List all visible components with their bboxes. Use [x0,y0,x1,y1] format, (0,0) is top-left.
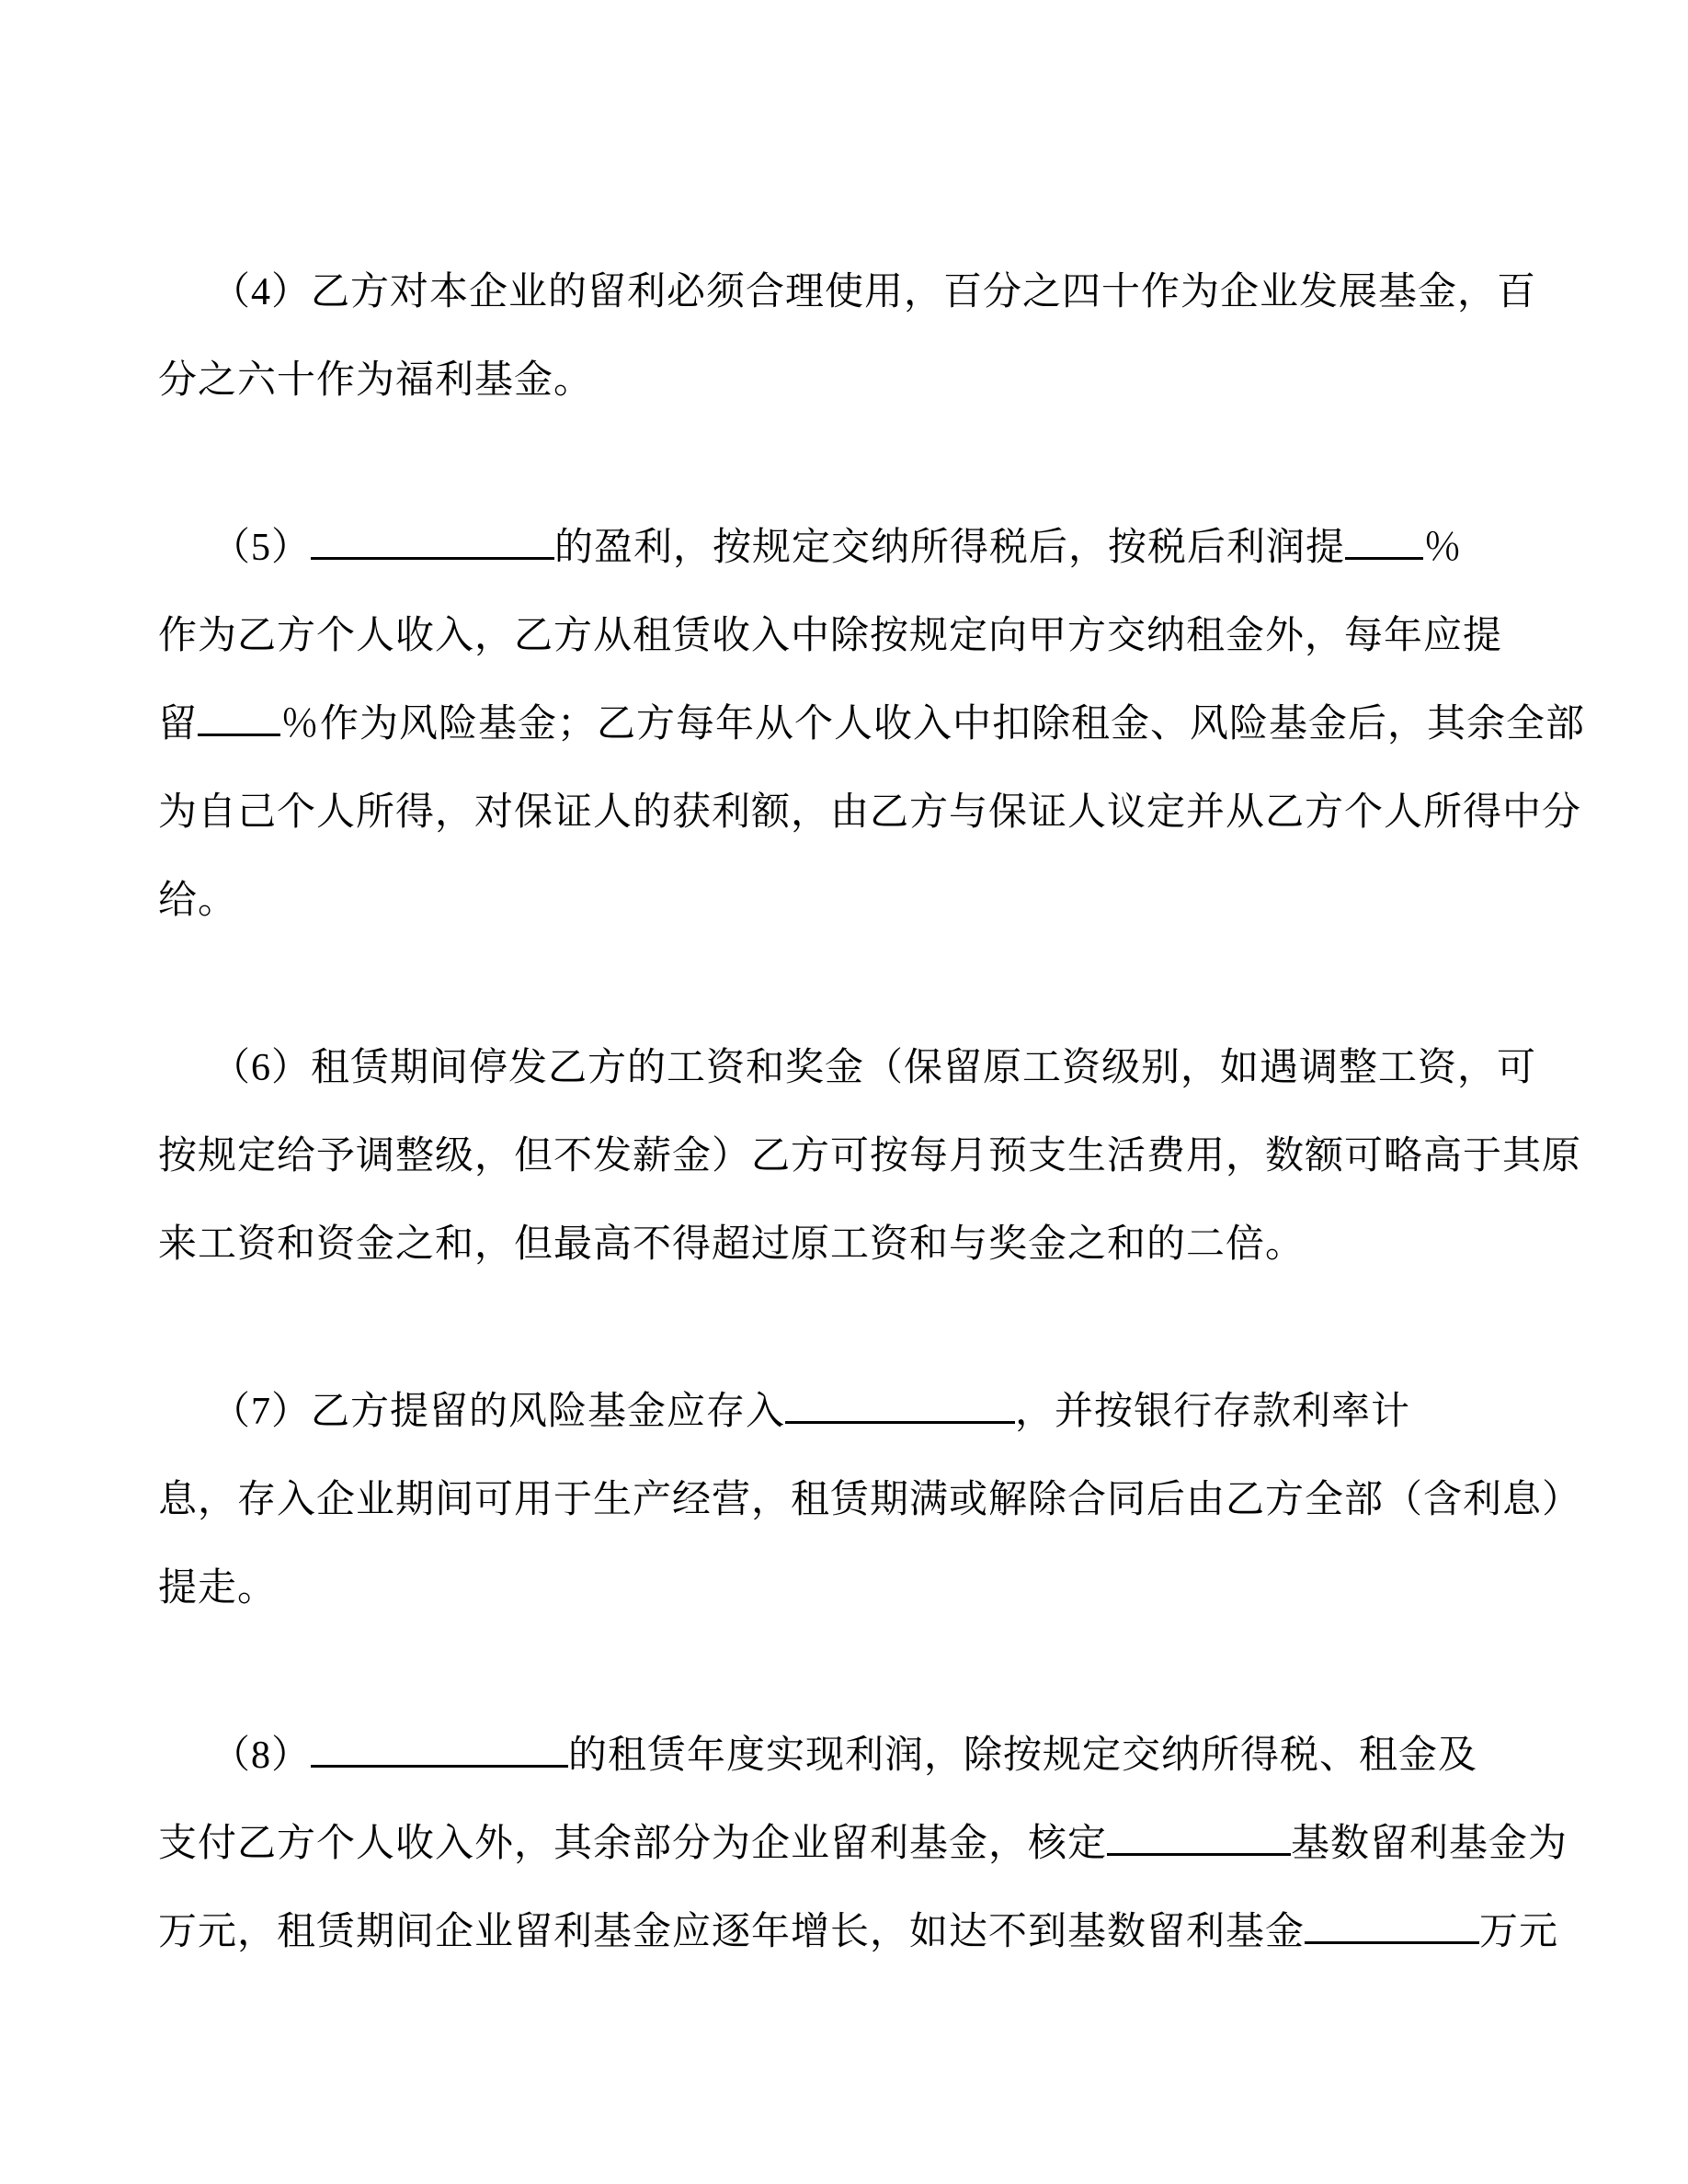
text-line: 支付乙方个人收入外，其余部分为企业留利基金，核定基数留利基金为 [158,1800,1530,1888]
clause-7-paragraph: （7）乙方提留的风险基金应存入，并按银行存款利率计息，存入企业期间可用于生产经营… [158,1368,1530,1632]
text-run: （7）乙方提留的风险基金应存入 [211,1391,785,1433]
text-run: 提走。 [158,1567,277,1610]
document-page: （4）乙方对本企业的留利必须合理使用，百分之四十作为企业发展基金，百分之六十作为… [0,0,1688,2184]
text-run: ，并按银行存款利率计 [1015,1391,1410,1433]
text-line: 息，存入企业期间可用于生产经营，租赁期满或解除合同后由乙方全部（含利息） [158,1456,1530,1544]
document-body: （4）乙方对本企业的留利必须合理使用，百分之四十作为企业发展基金，百分之六十作为… [158,248,1530,1976]
text-run: ％ [1423,527,1463,569]
text-run: （6）租赁期间停发乙方的工资和奖金（保留原工资级别，如遇调整工资，可 [211,1047,1536,1089]
text-run: 支付乙方个人收入外，其余部分为企业留利基金，核定 [158,1823,1107,1865]
clause-8-paragraph: （8）的租赁年度实现利润，除按规定交纳所得税、租金及支付乙方个人收入外，其余部分… [158,1712,1530,1976]
text-run: 万元，租赁期间企业留利基金应逐年增长，如达不到基数留利基金 [158,1911,1305,1953]
text-line: （7）乙方提留的风险基金应存入，并按银行存款利率计 [158,1368,1530,1456]
text-run: （8） [211,1735,311,1777]
text-line: 给。 [158,857,1530,945]
fill-in-blank[interactable] [1107,1818,1291,1856]
text-run: 息，存入企业期间可用于生产经营，租赁期满或解除合同后由乙方全部（含利息） [158,1479,1581,1521]
text-line: 提走。 [158,1544,1530,1632]
clause-4-paragraph: （4）乙方对本企业的留利必须合理使用，百分之四十作为企业发展基金，百分之六十作为… [158,248,1530,425]
text-line: 分之六十作为福利基金。 [158,336,1530,425]
text-run: 作为乙方个人收入，乙方从租赁收入中除按规定向甲方交纳租金外，每年应提 [158,615,1502,657]
fill-in-blank[interactable] [1345,522,1423,560]
text-run: 留 [158,703,198,745]
fill-in-blank[interactable] [311,522,554,560]
clause-5-paragraph: （5）的盈利，按规定交纳所得税后，按税后利润提％作为乙方个人收入，乙方从租赁收入… [158,504,1530,945]
text-run: 为自己个人所得，对保证人的获利额，由乙方与保证人议定并从乙方个人所得中分 [158,791,1581,834]
text-line: 来工资和资金之和，但最高不得超过原工资和与奖金之和的二倍。 [158,1200,1530,1289]
text-line: （6）租赁期间停发乙方的工资和奖金（保留原工资级别，如遇调整工资，可 [158,1024,1530,1112]
fill-in-blank[interactable] [198,699,280,736]
text-line: 为自己个人所得，对保证人的获利额，由乙方与保证人议定并从乙方个人所得中分 [158,768,1530,857]
text-run: 的租赁年度实现利润，除按规定交纳所得税、租金及 [568,1735,1477,1777]
text-line: （8）的租赁年度实现利润，除按规定交纳所得税、租金及 [158,1712,1530,1800]
text-line: （5）的盈利，按规定交纳所得税后，按税后利润提％ [158,504,1530,592]
text-line: 作为乙方个人收入，乙方从租赁收入中除按规定向甲方交纳租金外，每年应提 [158,592,1530,680]
text-run: 来工资和资金之和，但最高不得超过原工资和与奖金之和的二倍。 [158,1223,1305,1266]
text-run: ％作为风险基金；乙方每年从个人收入中扣除租金、风险基金后，其余全部 [280,703,1585,745]
text-run: （4）乙方对本企业的留利必须合理使用，百分之四十作为企业发展基金，百 [211,271,1536,313]
text-line: （4）乙方对本企业的留利必须合理使用，百分之四十作为企业发展基金，百 [158,248,1530,336]
clause-6-paragraph: （6）租赁期间停发乙方的工资和奖金（保留原工资级别，如遇调整工资，可按规定给予调… [158,1024,1530,1289]
text-run: 的盈利，按规定交纳所得税后，按税后利润提 [554,527,1345,569]
text-run: 万元 [1479,1911,1558,1953]
fill-in-blank[interactable] [311,1730,568,1768]
text-run: 按规定给予调整级，但不发薪金）乙方可按每月预支生活费用，数额可略高于其原 [158,1135,1581,1177]
text-run: 给。 [158,880,237,922]
text-line: 按规定给予调整级，但不发薪金）乙方可按每月预支生活费用，数额可略高于其原 [158,1112,1530,1200]
fill-in-blank[interactable] [785,1386,1015,1424]
text-run: 基数留利基金为 [1291,1823,1568,1865]
text-line: 万元，租赁期间企业留利基金应逐年增长，如达不到基数留利基金万元 [158,1888,1530,1976]
fill-in-blank[interactable] [1305,1906,1479,1944]
text-run: 分之六十作为福利基金。 [158,359,593,402]
text-line: 留％作为风险基金；乙方每年从个人收入中扣除租金、风险基金后，其余全部 [158,680,1530,768]
text-run: （5） [211,527,311,569]
